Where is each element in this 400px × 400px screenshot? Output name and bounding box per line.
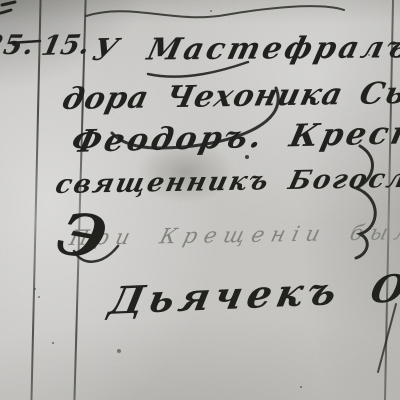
script-line-4: священникъ Богословскій	[53, 162, 400, 200]
margin-entry-number: 15.	[39, 29, 93, 62]
large-flourish-letter: Э	[49, 199, 115, 274]
script-line-5-faint: При Крещеніи были…	[67, 219, 400, 250]
top-swash-stroke	[86, 6, 344, 17]
margin-number-partial: 25.	[0, 30, 37, 61]
paper-specks	[0, 0, 2, 2]
corner-ink-marks	[1, 2, 15, 13]
register-scan-page: 25. 15. У Мастефралъ Фео- дора Чехоника …	[0, 0, 400, 400]
script-line-6: Дьячекъ Ос	[105, 264, 400, 323]
script-line-2: дора Чехоника Сынъ	[59, 75, 400, 117]
script-line-3: Феодоръ. Крестилъ	[68, 113, 400, 160]
script-line-1: У Мастефралъ Фео-	[89, 29, 400, 68]
